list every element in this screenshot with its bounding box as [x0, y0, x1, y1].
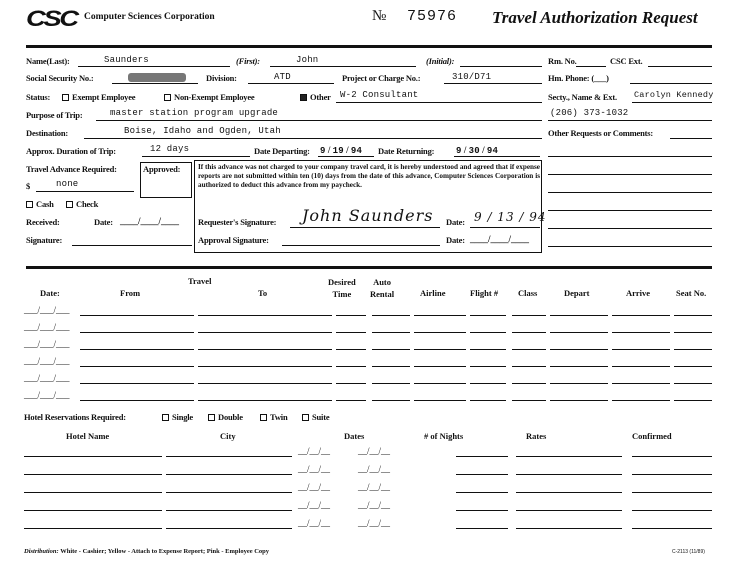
purpose-label: Purpose of Trip: [26, 110, 82, 120]
travel-cell-field[interactable] [470, 366, 506, 367]
destination-label: Destination: [26, 128, 68, 138]
checkbox-icon [26, 201, 33, 208]
number-symbol: № [372, 8, 386, 25]
travel-cell-field[interactable] [414, 332, 466, 333]
hotel-date-field[interactable]: __/__/__ [298, 482, 330, 492]
travel-date-field[interactable]: ___/___/___ [24, 305, 70, 315]
travel-cell-field[interactable] [414, 400, 466, 401]
requester-signature-label: Requester's Signature: [198, 217, 276, 227]
csc-ext-label: CSC Ext. [610, 56, 642, 66]
advance-amount-field[interactable]: none [56, 179, 78, 189]
col-city: City [220, 431, 236, 441]
duration-label: Approx. Duration of Trip: [26, 146, 116, 156]
project-field[interactable]: 310/D71 [452, 72, 491, 82]
hotel-cell-field[interactable] [24, 510, 162, 511]
hotel-cell-field[interactable] [166, 528, 292, 529]
first-name-field[interactable]: John [296, 55, 318, 65]
travel-group-header: Travel [188, 276, 211, 286]
travel-cell-field[interactable] [674, 366, 712, 367]
travel-cell-field[interactable] [470, 332, 506, 333]
checkbox-icon [208, 414, 215, 421]
form-number: 75976 [407, 8, 457, 25]
purpose-field[interactable]: master station program upgrade [110, 108, 278, 118]
hotel-cell-field[interactable] [166, 474, 292, 475]
hotel-date-field[interactable]: __/__/__ [358, 464, 390, 474]
travel-cell-field[interactable] [336, 315, 366, 316]
approval-date-label: Date: [446, 235, 465, 245]
duration-field[interactable]: 12 days [150, 144, 189, 154]
hotel-twin-checkbox[interactable]: Twin [260, 412, 287, 422]
room-no-field[interactable] [576, 66, 606, 67]
travel-cell-field[interactable] [550, 315, 608, 316]
comments-field[interactable] [670, 138, 712, 139]
form-code: C-2113 (11/89) [672, 549, 705, 555]
approval-date-field[interactable]: ____/____/____ [470, 234, 529, 244]
hotel-cell-field[interactable] [516, 456, 622, 457]
travel-date-field[interactable]: ___/___/___ [24, 322, 70, 332]
travel-cell-field[interactable] [80, 349, 194, 350]
travel-cell-field[interactable] [372, 366, 410, 367]
hotel-date-field[interactable]: __/__/__ [358, 500, 390, 510]
hotel-date-field[interactable]: __/__/__ [358, 446, 390, 456]
other-status-field[interactable]: W-2 Consultant [340, 90, 418, 100]
requester-date-field[interactable]: 9 / 13 / 94 [474, 210, 547, 224]
hotel-cell-field[interactable] [456, 510, 508, 511]
col-auto-rental: AutoRental [370, 276, 394, 300]
departing-label: Date Departing: [254, 146, 310, 156]
returning-label: Date Returning: [378, 146, 434, 156]
room-no-label: Rm. No. [548, 56, 577, 66]
travel-cell-field[interactable] [470, 383, 506, 384]
travel-cell-field[interactable] [612, 383, 670, 384]
initial-label: (Initial): [426, 56, 454, 66]
travel-cell-field[interactable] [80, 315, 194, 316]
travel-cell-field[interactable] [512, 366, 546, 367]
division-label: Division: [206, 73, 237, 83]
hotel-required-label: Hotel Reservations Required: [24, 412, 126, 422]
travel-date-field[interactable]: ___/___/___ [24, 373, 70, 383]
hotel-cell-field[interactable] [516, 528, 622, 529]
hotel-cell-field[interactable] [166, 510, 292, 511]
col-flight: Flight # [470, 288, 498, 298]
travel-cell-field[interactable] [198, 315, 332, 316]
departing-date-field[interactable]: 9 / 19 / 94 [320, 145, 362, 156]
hotel-cell-field[interactable] [24, 528, 162, 529]
travel-cell-field[interactable] [674, 383, 712, 384]
check-checkbox[interactable]: Check [66, 199, 98, 209]
travel-cell-field[interactable] [550, 349, 608, 350]
comments-line[interactable] [548, 174, 712, 175]
signature-label: Signature: [26, 235, 62, 245]
hotel-cell-field[interactable] [632, 510, 712, 511]
travel-cell-field[interactable] [612, 400, 670, 401]
hotel-date-field[interactable]: __/__/__ [358, 482, 390, 492]
status-label: Status: [26, 92, 50, 102]
received-date-label: Date: [94, 217, 113, 227]
hotel-cell-field[interactable] [632, 492, 712, 493]
travel-cell-field[interactable] [612, 315, 670, 316]
travel-cell-field[interactable] [674, 349, 712, 350]
travel-cell-field[interactable] [336, 400, 366, 401]
travel-cell-field[interactable] [198, 332, 332, 333]
company-name: Computer Sciences Corporation [84, 12, 215, 22]
hotel-cell-field[interactable] [166, 456, 292, 457]
hotel-cell-field[interactable] [516, 492, 622, 493]
travel-date-field[interactable]: ___/___/___ [24, 356, 70, 366]
hotel-date-field[interactable]: __/__/__ [298, 500, 330, 510]
travel-cell-field[interactable] [674, 315, 712, 316]
travel-cell-field[interactable] [470, 400, 506, 401]
travel-cell-field[interactable] [80, 383, 194, 384]
approved-label: Approved: [143, 164, 180, 174]
col-dates: Dates [344, 431, 364, 441]
received-date-field[interactable]: ____/____/____ [120, 216, 179, 226]
approval-signature-field[interactable] [282, 245, 440, 246]
travel-cell-field[interactable] [550, 366, 608, 367]
hotel-cell-field[interactable] [24, 456, 162, 457]
travel-cell-field[interactable] [372, 332, 410, 333]
returning-date-field[interactable]: 9 / 30 / 94 [456, 145, 498, 156]
first-name-label: (First): [236, 56, 260, 66]
comments-line[interactable] [548, 246, 712, 247]
requester-date-label: Date: [446, 217, 465, 227]
project-label: Project or Charge No.: [342, 73, 420, 83]
last-name-field[interactable]: Saunders [104, 55, 149, 65]
hotel-cell-field[interactable] [516, 474, 622, 475]
travel-cell-field[interactable] [198, 366, 332, 367]
travel-cell-field[interactable] [80, 366, 194, 367]
home-phone-label: Hm. Phone: (___) [548, 73, 609, 83]
travel-cell-field[interactable] [336, 332, 366, 333]
col-seat-no: Seat No. [676, 288, 706, 298]
col-airline: Airline [420, 288, 446, 298]
travel-cell-field[interactable] [198, 400, 332, 401]
hotel-cell-field[interactable] [516, 510, 622, 511]
signature-field[interactable] [72, 245, 192, 246]
travel-cell-field[interactable] [336, 349, 366, 350]
nonexempt-checkbox[interactable]: Non-Exempt Employee [164, 92, 255, 102]
travel-cell-field[interactable] [612, 332, 670, 333]
travel-cell-field[interactable] [414, 349, 466, 350]
initial-field[interactable] [460, 66, 542, 67]
hotel-cell-field[interactable] [632, 456, 712, 457]
checked-checkbox-icon [300, 94, 307, 101]
checkbox-icon [62, 94, 69, 101]
hotel-cell-field[interactable] [456, 474, 508, 475]
hotel-date-field[interactable]: __/__/__ [298, 464, 330, 474]
comments-line[interactable] [548, 156, 712, 157]
hotel-cell-field[interactable] [166, 492, 292, 493]
travel-cell-field[interactable] [550, 332, 608, 333]
csc-ext-field[interactable] [648, 66, 712, 67]
travel-cell-field[interactable] [336, 366, 366, 367]
comments-line[interactable] [548, 228, 712, 229]
secretary-label: Secty., Name & Ext. [548, 92, 617, 102]
hotel-date-field[interactable]: __/__/__ [358, 518, 390, 528]
comments-label: Other Requests or Comments: [548, 128, 653, 138]
cash-checkbox[interactable]: Cash [26, 199, 54, 209]
header-rule [26, 45, 712, 48]
received-label: Received: [26, 217, 60, 227]
travel-cell-field[interactable] [674, 400, 712, 401]
home-phone-field[interactable] [630, 83, 712, 84]
form-title: Travel Authorization Request [492, 8, 698, 28]
travel-cell-field[interactable] [198, 349, 332, 350]
col-desired-time: DesiredTime [328, 276, 356, 300]
dollar-sign: $ [26, 181, 30, 191]
ssn-redacted-field [128, 73, 186, 82]
distribution-note: Distribution: White - Cashier; Yellow - … [24, 548, 269, 555]
last-name-label: Name(Last): [26, 56, 70, 66]
col-rates: Rates [526, 431, 546, 441]
travel-cell-field[interactable] [470, 349, 506, 350]
checkbox-icon [302, 414, 309, 421]
col-from: From [120, 288, 140, 298]
secretary-name-field[interactable]: Carolyn Kennedy [634, 90, 714, 100]
hotel-date-field[interactable]: __/__/__ [298, 446, 330, 456]
other-checkbox[interactable]: Other [300, 92, 331, 102]
destination-field[interactable]: Boise, Idaho and Ogden, Utah [124, 126, 281, 136]
division-field[interactable]: ATD [274, 72, 291, 82]
travel-cell-field[interactable] [512, 383, 546, 384]
col-confirmed: Confirmed [632, 431, 672, 441]
travel-cell-field[interactable] [612, 349, 670, 350]
travel-cell-field[interactable] [80, 400, 194, 401]
travel-cell-field[interactable] [550, 383, 608, 384]
hotel-cell-field[interactable] [456, 492, 508, 493]
hotel-cell-field[interactable] [24, 492, 162, 493]
hotel-cell-field[interactable] [456, 456, 508, 457]
ssn-label: Social Security No.: [26, 73, 94, 83]
travel-cell-field[interactable] [372, 400, 410, 401]
checkbox-icon [260, 414, 267, 421]
hotel-cell-field[interactable] [632, 474, 712, 475]
csc-logo: CSC [26, 6, 77, 32]
travel-cell-field[interactable] [512, 332, 546, 333]
hotel-date-field[interactable]: __/__/__ [298, 518, 330, 528]
checkbox-icon [164, 94, 171, 101]
travel-cell-field[interactable] [198, 383, 332, 384]
requester-signature-field[interactable]: John Saunders [302, 206, 433, 225]
travel-cell-field[interactable] [512, 315, 546, 316]
hotel-cell-field[interactable] [632, 528, 712, 529]
comments-line[interactable] [548, 210, 712, 211]
col-class: Class [518, 288, 537, 298]
advance-required-label: Travel Advance Required: [26, 164, 117, 174]
hotel-single-checkbox[interactable]: Single [162, 412, 193, 422]
travel-cell-field[interactable] [414, 315, 466, 316]
travel-date-field[interactable]: ___/___/___ [24, 390, 70, 400]
travel-cell-field[interactable] [612, 366, 670, 367]
travel-cell-field[interactable] [372, 383, 410, 384]
hotel-cell-field[interactable] [456, 528, 508, 529]
travel-cell-field[interactable] [512, 400, 546, 401]
travel-cell-field[interactable] [336, 383, 366, 384]
col-nights: # of Nights [424, 431, 463, 441]
travel-section-rule [26, 266, 712, 269]
col-to: To [258, 288, 267, 298]
col-depart: Depart [564, 288, 590, 298]
travel-cell-field[interactable] [414, 383, 466, 384]
travel-date-field[interactable]: ___/___/___ [24, 339, 70, 349]
travel-cell-field[interactable] [372, 315, 410, 316]
exempt-checkbox[interactable]: Exempt Employee [62, 92, 135, 102]
approval-signature-label: Approval Signature: [198, 235, 269, 245]
travel-cell-field[interactable] [550, 400, 608, 401]
travel-cell-field[interactable] [470, 315, 506, 316]
travel-cell-field[interactable] [80, 332, 194, 333]
col-arrive: Arrive [626, 288, 650, 298]
checkbox-icon [162, 414, 169, 421]
col-hotel-name: Hotel Name [66, 431, 109, 441]
travel-cell-field[interactable] [372, 349, 410, 350]
travel-cell-field[interactable] [414, 366, 466, 367]
comments-line[interactable] [548, 192, 712, 193]
hotel-suite-checkbox[interactable]: Suite [302, 412, 329, 422]
hotel-double-checkbox[interactable]: Double [208, 412, 243, 422]
col-date: Date: [40, 288, 60, 298]
disclaimer-text: If this advance was not charged to your … [198, 163, 540, 190]
hotel-cell-field[interactable] [24, 474, 162, 475]
travel-cell-field[interactable] [674, 332, 712, 333]
travel-cell-field[interactable] [512, 349, 546, 350]
checkbox-icon [66, 201, 73, 208]
secretary-phone-field[interactable]: (206) 373-1032 [550, 108, 628, 118]
